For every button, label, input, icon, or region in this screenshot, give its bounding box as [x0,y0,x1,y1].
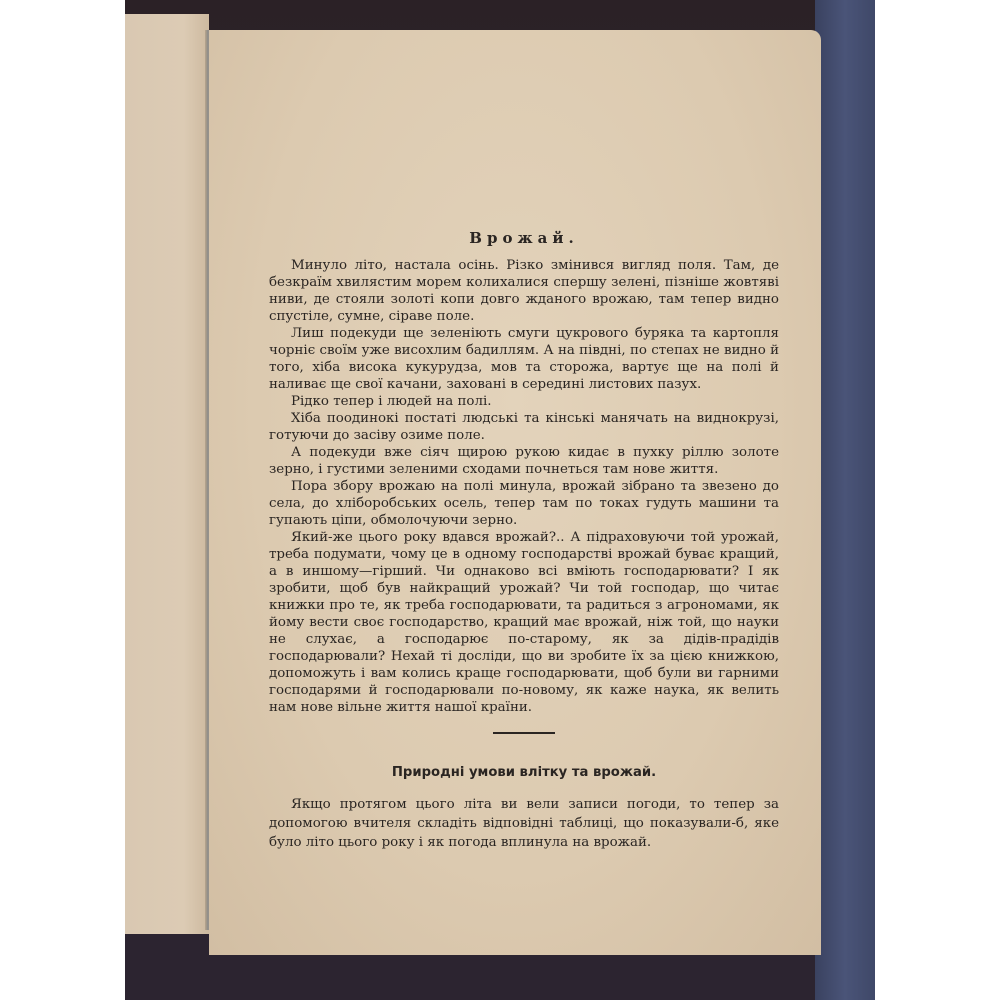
paragraph: Який-же цього року вдався врожай?.. А пі… [269,529,779,716]
page-text: Врожай. Минуло літо, настала осінь. Різк… [269,230,779,852]
paragraph: Минуло літо, настала осінь. Різко змінив… [269,257,779,325]
paragraph: Лиш подекуди ще зеленіють смуги цукровог… [269,325,779,393]
paragraph: Хіба поодинокі постаті людські та кінськ… [269,410,779,444]
section-divider [493,732,555,734]
paragraph: А подекуди вже сіяч щирою рукою кидає в … [269,444,779,478]
page-title: Врожай. [269,230,779,247]
paragraph: Якщо протягом цього літа ви вели записи … [269,795,779,852]
section-title: Природні умови влітку та врожай. [269,764,779,781]
paragraph: Рідко тепер і людей на полі. [269,393,779,410]
background-cloth [815,0,875,1000]
printed-page: Врожай. Минуло літо, настала осінь. Різк… [209,30,821,955]
paragraph: Пора збору врожаю на полі минула, врожай… [269,478,779,529]
document-photo: Врожай. Минуло літо, настала осінь. Різк… [125,0,875,1000]
left-page-edge [125,14,209,934]
